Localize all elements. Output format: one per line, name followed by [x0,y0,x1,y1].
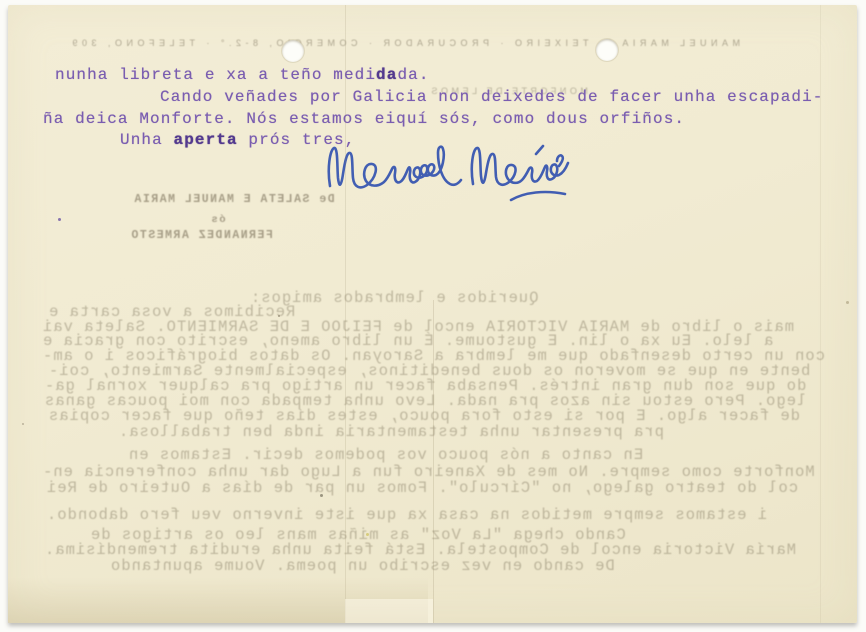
letter-line-2: Cando veñades por Galicia non deixedes d… [160,88,824,106]
letter-paper: MANUEL MARIA F. TEIXEIRO · PROCURADOR · … [8,5,857,623]
paper-speck [320,494,323,497]
paper-speck [846,301,849,304]
bleedthrough-body-line: En canto a nós pouco vos podemos decir. … [128,446,643,464]
paper-speck [278,315,280,317]
line1-overstrike: da [376,66,397,84]
line4-text: Unha [120,131,174,149]
bleedthrough-body-line: De cando en vez escribo un poema. Voume … [110,557,615,575]
bottom-fold-highlight [345,599,433,623]
letter-line-3: ña deica Monforte. Nós estamos eiquí sós… [43,110,685,128]
vertical-fold-crease-lower [433,300,434,623]
bleedthrough-heading-to-name: FERNANDEZ ARMESTO [130,229,273,242]
line1-text: nunha libreta e xa a teño medi [55,66,376,84]
vertical-fold-crease-right [820,5,821,623]
letter-line-1: nunha libreta e xa a teño medidada. [55,66,430,84]
signature-handwriting [315,136,580,208]
line4-overstrike: aperta [174,131,238,149]
bleedthrough-letterhead: MANUEL MARIA F. TEIXEIRO · PROCURADOR · … [68,38,740,48]
ink-speck [58,218,61,221]
punch-hole-right [596,39,618,61]
paper-speck [366,533,369,536]
bleedthrough-body-line: i estamos sempre metidos na casa xa que … [46,506,767,524]
paper-speck [22,423,24,425]
vertical-fold-crease [345,5,346,623]
line1-end: da. [397,66,429,84]
bleedthrough-body-line: col do teatro galego, no "Círculo". Fomo… [46,479,798,497]
scanned-letter-page: { "document": { "description": "Scanned … [0,0,866,632]
bleedthrough-heading-from: De SALETA E MANUEL MARIA [133,193,335,206]
bleedthrough-body-line: pra presentar unha testamentaria inda be… [118,423,664,441]
bleedthrough-heading-to-word: ós [210,214,226,226]
punch-hole-left [282,40,304,62]
